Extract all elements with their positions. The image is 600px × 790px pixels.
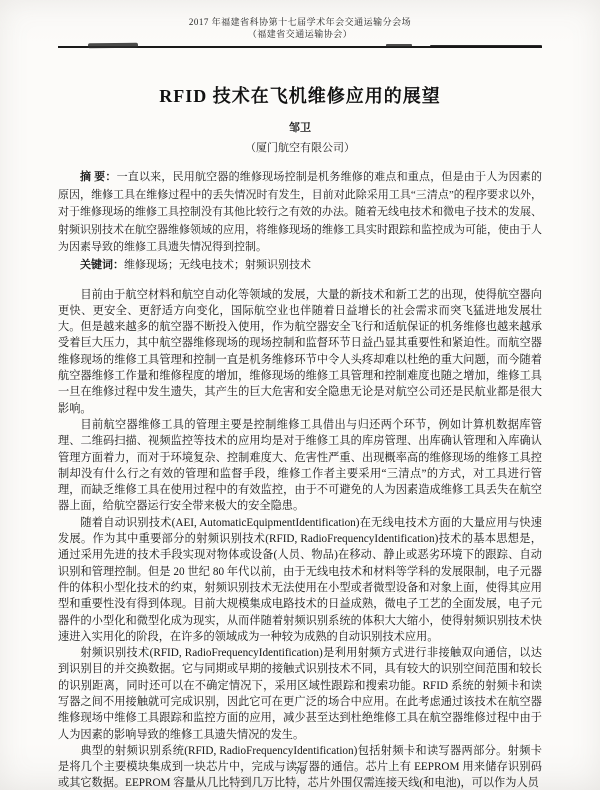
scan-artifact-right [430, 45, 542, 48]
keywords-label: 关键词： [80, 259, 124, 271]
abstract-label: 摘 要： [80, 171, 117, 183]
conference-header-line2: （福建省交通运输协会） [58, 29, 542, 41]
body-paragraph-3: 随着自动识别技术(AEI, AutomaticEquipmentIdentifi… [58, 515, 542, 645]
keywords-line: 关键词：维修现场；无线电技术；射频识别技术 [58, 257, 542, 275]
author-name: 邹卫 [58, 119, 542, 135]
header-divider [58, 45, 542, 49]
body-paragraph-4: 射频识别技术(RFID, RadioFrequencyIdentificatio… [58, 645, 542, 743]
body-paragraph-1: 目前由于航空材料和航空自动化等领域的发展，大量的新技术和新工艺的出现，使得航空器… [58, 287, 542, 417]
body-text: 目前由于航空材料和航空自动化等领域的发展，大量的新技术和新工艺的出现，使得航空器… [58, 287, 542, 790]
abstract-paragraph: 摘 要：一直以来，民用航空器的维修现场控制是机务维修的难点和重点，但是由于人为因… [58, 169, 542, 257]
paper-title: RFID 技术在飞机维修应用的展望 [58, 82, 542, 108]
scan-artifact-mid [386, 44, 412, 47]
author-affiliation: （厦门航空有限公司） [58, 139, 542, 155]
scan-artifact-left [88, 43, 138, 48]
paper-page: 2017 年福建省科协第十七届学术年会交通运输分会场 （福建省交通运输协会） R… [0, 0, 600, 790]
page-footer: 76 [0, 766, 600, 777]
abstract-text: 一直以来，民用航空器的维修现场控制是机务维修的难点和重点，但是由于人为因素的原因… [58, 171, 542, 253]
conference-header: 2017 年福建省科协第十七届学术年会交通运输分会场 （福建省交通运输协会） [58, 17, 542, 40]
abstract-section: 摘 要：一直以来，民用航空器的维修现场控制是机务维修的难点和重点，但是由于人为因… [58, 169, 542, 275]
keywords-text: 维修现场；无线电技术；射频识别技术 [124, 259, 311, 271]
page-number: 76 [295, 766, 305, 777]
conference-header-line1: 2017 年福建省科协第十七届学术年会交通运输分会场 [58, 17, 542, 29]
body-paragraph-2: 目前航空器维修工具的管理主要是控制维修工具借出与归还两个环节，例如计算机数据库管… [58, 417, 542, 515]
